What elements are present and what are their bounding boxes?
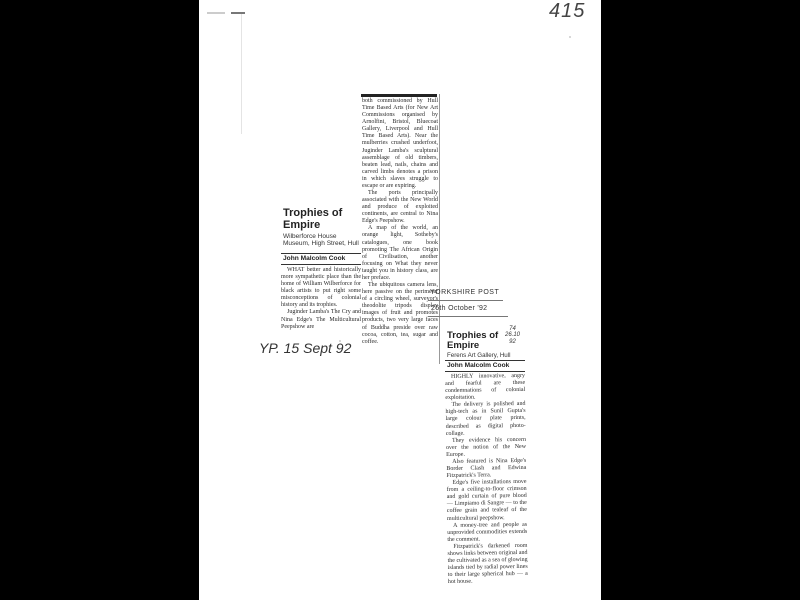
scan-speck xyxy=(379,220,381,222)
underline xyxy=(428,316,508,317)
margin-line xyxy=(241,14,242,134)
paragraph: A map of the world, an orange light, Sot… xyxy=(362,225,438,282)
paragraph: Juginder Lamba's The Cry and Nina Edge's… xyxy=(281,309,361,330)
clipping-2-byline: John Malcolm Cook xyxy=(447,362,509,369)
clipping-1-byline: John Malcolm Cook xyxy=(283,255,345,262)
paragraph: They evidence his concern over the notio… xyxy=(446,437,526,459)
clipping-2-date-stamp: 74 26.10 92 xyxy=(505,326,520,345)
scan-speck xyxy=(339,340,341,342)
paragraph: The ports principally associated with th… xyxy=(362,190,438,225)
paragraph: both commissioned by Hull Time Based Art… xyxy=(362,98,438,190)
scan-speck xyxy=(569,36,571,38)
clipping-2-column: HIGHLY innovative, angry and fearful are… xyxy=(445,373,528,586)
handwritten-date: 26th October '92 xyxy=(431,305,487,312)
paragraph: The delivery is polished and high-tech a… xyxy=(445,401,525,438)
handwritten-publication: Yorkshire Post xyxy=(430,289,499,296)
clipping-1-header-bar xyxy=(361,94,437,97)
paragraph: Fitzpatrick's darkened room shows links … xyxy=(447,543,528,587)
divider xyxy=(445,360,525,361)
clipping-1-border xyxy=(439,94,440,364)
clipping-1-venue: Wilberforce House Museum, High Street, H… xyxy=(283,233,359,248)
paragraph: HIGHLY innovative, angry and fearful are… xyxy=(445,373,525,402)
paragraph: A money-tree and people as unprovided co… xyxy=(447,522,527,544)
paragraph: WHAT better and historically more sympat… xyxy=(281,267,361,309)
paragraph: Edge's five installations move from a ce… xyxy=(446,479,527,523)
paragraph: Also featured is Nina Edge's Border Clas… xyxy=(446,458,526,480)
underline xyxy=(428,300,503,301)
divider xyxy=(281,264,361,265)
handwritten-source-note: YP. 15 Sept 92 xyxy=(259,340,351,356)
clipping-2-venue: Ferens Art Gallery, Hull xyxy=(447,352,511,359)
clipping-1-column-left: WHAT better and historically more sympat… xyxy=(281,267,361,331)
scanned-page: 415 Trophies of Empire Wilberforce House… xyxy=(199,0,601,600)
clipping-1-headline: Trophies of Empire xyxy=(283,208,353,231)
page-number: 415 xyxy=(549,0,585,23)
clipping-2-headline: Trophies of Empire xyxy=(447,331,505,351)
divider xyxy=(281,253,361,254)
paragraph: The ubiquitous camera lens, here passive… xyxy=(362,282,438,346)
clipping-1-column-right: both commissioned by Hull Time Based Art… xyxy=(362,98,438,346)
divider xyxy=(445,371,525,372)
